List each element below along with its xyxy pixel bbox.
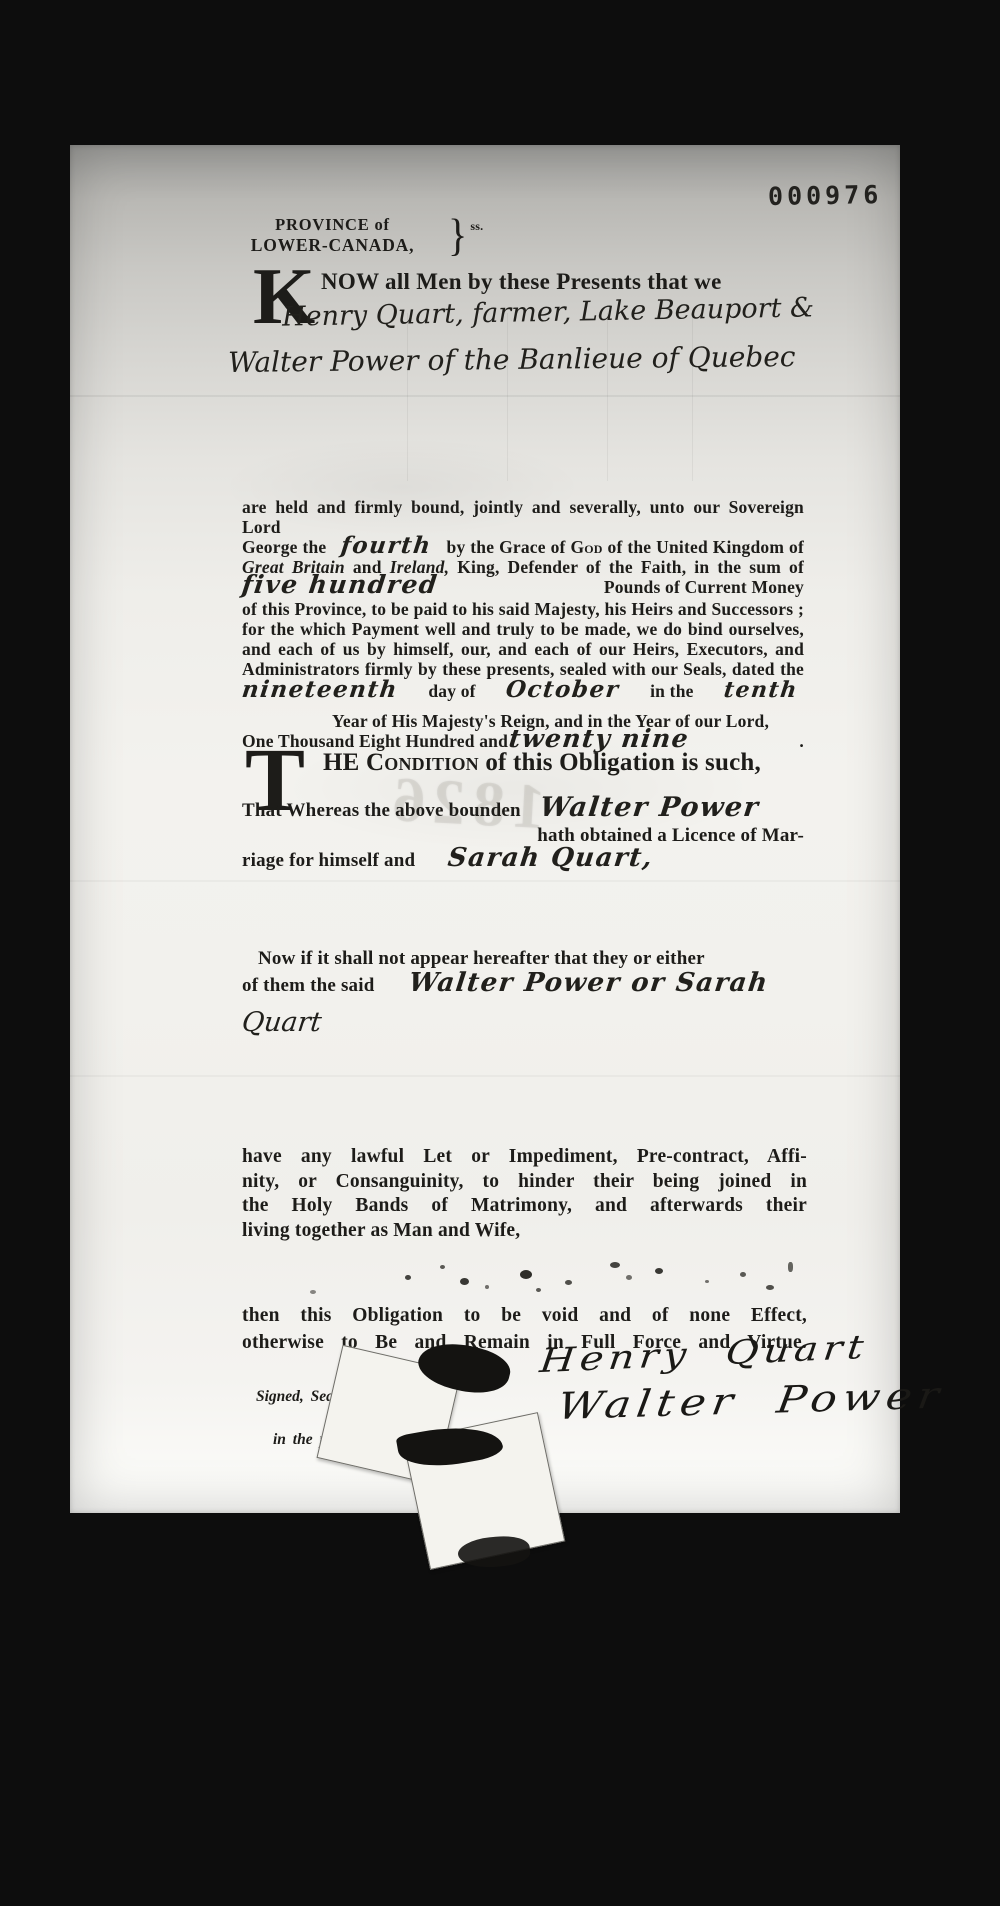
condition-he: HE <box>323 749 360 776</box>
impediment-paragraph: have any lawful Let or Impediment, Pre-c… <box>242 1145 807 1243</box>
handwritten-obligors-line1: Henry Quart, farmer, Lake Beauport & <box>282 292 815 332</box>
scan-background: 000976 PROVINCE of LOWER-CANADA, } ss. K… <box>0 0 1000 1906</box>
fold-crease <box>70 880 900 882</box>
bond-line-2-pre: George the <box>242 537 326 557</box>
whereas-line-1: That Whereas the above bounden Walter Po… <box>242 798 817 823</box>
province-header: PROVINCE of LOWER-CANADA, } ss. <box>220 215 483 255</box>
serial-number-stamp: 000976 <box>768 180 883 211</box>
province-header-text: PROVINCE of LOWER-CANADA, <box>220 215 445 255</box>
handwritten-penal-sum: five hundred <box>241 580 438 590</box>
ink-spatter <box>310 1250 820 1305</box>
bond-line-2: George the fourth by the Grace of God of… <box>242 537 804 557</box>
bond-line-7: and each of us by himself, our, and each… <box>242 639 804 659</box>
handwritten-regnal-year: tenth <box>724 685 799 695</box>
handwritten-bounden-name: Walter Power <box>539 803 759 813</box>
ss-abbreviation: ss. <box>470 219 483 234</box>
bond-line-9-inthe: in the <box>650 681 694 701</box>
whereas-text: That Whereas the above bounden <box>242 800 521 821</box>
handwritten-obligors-line2: Walter Power of the Banlieue of Quebec <box>228 340 796 379</box>
bond-line-9: nineteenth day of October in the tenth <box>242 681 804 711</box>
now-clause: Now if it shall not appear hereafter tha… <box>242 945 817 999</box>
bond-line-4: five hundred Pounds of Current Money <box>242 577 804 599</box>
bond-line-6: for the which Payment well and truly to … <box>242 619 804 639</box>
paper-chain-line <box>407 313 408 481</box>
handwritten-day: nineteenth <box>241 685 398 695</box>
impediment-line-2: nity, or Consanguinity, to hinder their … <box>242 1170 807 1195</box>
paper-chain-line <box>507 313 508 481</box>
handwritten-parties-cont: Quart <box>240 1007 323 1038</box>
province-line1: PROVINCE of <box>220 215 445 235</box>
handwritten-month: October <box>506 685 621 695</box>
signature-walter-power: Walter Power <box>555 1373 948 1428</box>
handwritten-bride-name: Sarah Quart, <box>448 853 655 863</box>
void-line-1: then this Obligation to be void and of n… <box>242 1302 807 1329</box>
document-page: 000976 PROVINCE of LOWER-CANADA, } ss. K… <box>70 145 900 1513</box>
paper-chain-line <box>607 313 608 481</box>
bond-line-1: are held and firmly bound, jointly and s… <box>242 497 804 537</box>
bond-line-9-dayof: day of <box>428 681 475 701</box>
handwritten-king-ordinal: fourth <box>341 541 433 551</box>
province-line2: LOWER-CANADA, <box>220 235 445 255</box>
paper-chain-line <box>692 313 693 481</box>
bond-line-5: of this Province, to be paid to his said… <box>242 599 804 619</box>
bond-line-4-text: Pounds of Current Money <box>604 577 804 597</box>
handwritten-parties-names: Walter Power or Sarah <box>409 978 770 988</box>
impediment-line-1: have any lawful Let or Impediment, Pre-c… <box>242 1145 807 1170</box>
now-line-2: of them the said Walter Power or Sarah <box>242 972 817 999</box>
bond-line-2-post: of the United Kingdom of <box>608 537 804 557</box>
know-heading-text: NOW all Men by these Presents that we <box>321 265 828 295</box>
impediment-line-4: living together as Man and Wife, <box>242 1219 807 1244</box>
know-heading: K NOW all Men by these Presents that we <box>253 265 828 295</box>
bond-paragraph: are held and firmly bound, jointly and s… <box>242 497 804 757</box>
whereas-line-3: riage for himself and Sarah Quart, <box>242 848 817 873</box>
impediment-line-3: the Holy Bands of Matrimony, and afterwa… <box>242 1194 807 1219</box>
now-text: of them the said <box>242 975 375 996</box>
whereas-clause: That Whereas the above bounden Walter Po… <box>242 798 817 873</box>
bond-line-2-god: God <box>570 537 602 557</box>
whereas-riage: riage for himself and <box>242 850 415 871</box>
fold-crease <box>70 1075 900 1077</box>
brace-glyph: } <box>448 212 467 258</box>
bond-line-3-post: King, Defender of the Faith, in the sum … <box>457 557 804 577</box>
bond-line-2-mid: by the Grace of <box>447 537 566 557</box>
fold-crease <box>70 395 900 397</box>
